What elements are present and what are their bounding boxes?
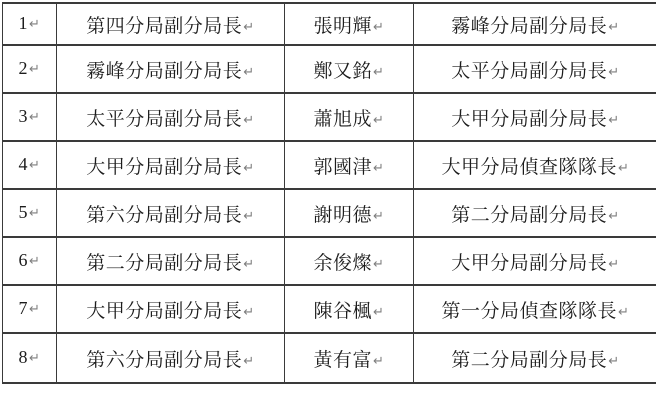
current-position: 太平分局副分局長 [86, 109, 242, 130]
paragraph-mark: ↵ [243, 161, 254, 176]
new-position-cell: 大甲分局副分局長↵ [414, 237, 656, 285]
paragraph-mark: ↵ [373, 161, 384, 176]
current-position: 大甲分局副分局長 [86, 301, 242, 322]
table-row: 8↵ 第六分局副分局長↵ 黃有富↵ 第二分局副分局長↵ [3, 333, 656, 383]
person-name: 蕭旭成 [314, 109, 373, 130]
person-name: 鄭又銘 [314, 61, 373, 82]
current-position-cell: 大甲分局副分局長↵ [57, 285, 285, 333]
table-row: 3↵ 太平分局副分局長↵ 蕭旭成↵ 大甲分局副分局長↵ [3, 93, 656, 141]
table-body: 1↵ 第四分局副分局長↵ 張明輝↵ 霧峰分局副分局長↵ 2↵ 霧峰分局副分局長↵… [3, 3, 656, 383]
paragraph-mark: ↵ [608, 20, 619, 35]
current-position: 第二分局副分局長 [86, 253, 242, 274]
new-position-cell: 霧峰分局副分局長↵ [414, 3, 656, 45]
row-number: 7 [19, 298, 29, 318]
new-position: 大甲分局偵查隊隊長 [442, 157, 618, 178]
table-row: 6↵ 第二分局副分局長↵ 余俊燦↵ 大甲分局副分局長↵ [3, 237, 656, 285]
person-name-cell: 鄭又銘↵ [285, 45, 414, 93]
paragraph-mark: ↵ [29, 206, 40, 221]
paragraph-mark: ↵ [373, 20, 384, 35]
new-position-cell: 第二分局副分局長↵ [414, 333, 656, 383]
row-number: 4 [19, 154, 29, 174]
paragraph-mark: ↵ [243, 305, 254, 320]
row-number: 3 [19, 106, 29, 126]
paragraph-mark: ↵ [373, 354, 384, 369]
person-name-cell: 蕭旭成↵ [285, 93, 414, 141]
new-position-cell: 第一分局偵查隊隊長↵ [414, 285, 656, 333]
new-position-cell: 大甲分局副分局長↵ [414, 93, 656, 141]
person-name-cell: 郭國津↵ [285, 141, 414, 189]
personnel-table: 1↵ 第四分局副分局長↵ 張明輝↵ 霧峰分局副分局長↵ 2↵ 霧峰分局副分局長↵… [2, 2, 656, 384]
paragraph-mark: ↵ [373, 65, 384, 80]
current-position: 霧峰分局副分局長 [86, 61, 242, 82]
current-position-cell: 太平分局副分局長↵ [57, 93, 285, 141]
new-position-cell: 第二分局副分局長↵ [414, 189, 656, 237]
paragraph-mark: ↵ [608, 354, 619, 369]
row-number: 8 [19, 347, 29, 367]
current-position: 第六分局副分局長 [86, 205, 242, 226]
row-number: 5 [19, 202, 29, 222]
person-name-cell: 余俊燦↵ [285, 237, 414, 285]
person-name-cell: 謝明德↵ [285, 189, 414, 237]
paragraph-mark: ↵ [29, 254, 40, 269]
person-name-cell: 陳谷楓↵ [285, 285, 414, 333]
paragraph-mark: ↵ [29, 158, 40, 173]
new-position: 太平分局副分局長 [451, 61, 607, 82]
new-position: 第一分局偵查隊隊長 [442, 301, 618, 322]
paragraph-mark: ↵ [373, 209, 384, 224]
current-position-cell: 第二分局副分局長↵ [57, 237, 285, 285]
paragraph-mark: ↵ [373, 113, 384, 128]
paragraph-mark: ↵ [618, 305, 629, 320]
row-number: 6 [19, 250, 29, 270]
row-number-cell: 8↵ [3, 333, 57, 383]
row-number-cell: 1↵ [3, 3, 57, 45]
table-row: 1↵ 第四分局副分局長↵ 張明輝↵ 霧峰分局副分局長↵ [3, 3, 656, 45]
current-position: 第六分局副分局長 [86, 350, 242, 371]
paragraph-mark: ↵ [608, 209, 619, 224]
paragraph-mark: ↵ [29, 110, 40, 125]
table-row: 7↵ 大甲分局副分局長↵ 陳谷楓↵ 第一分局偵查隊隊長↵ [3, 285, 656, 333]
paragraph-mark: ↵ [243, 20, 254, 35]
person-name: 郭國津 [314, 157, 373, 178]
current-position-cell: 大甲分局副分局長↵ [57, 141, 285, 189]
person-name-cell: 張明輝↵ [285, 3, 414, 45]
person-name-cell: 黃有富↵ [285, 333, 414, 383]
paragraph-mark: ↵ [618, 161, 629, 176]
row-number-cell: 7↵ [3, 285, 57, 333]
new-position-cell: 太平分局副分局長↵ [414, 45, 656, 93]
new-position: 大甲分局副分局長 [451, 109, 607, 130]
new-position: 霧峰分局副分局長 [451, 16, 607, 37]
table-row: 4↵ 大甲分局副分局長↵ 郭國津↵ 大甲分局偵查隊隊長↵ [3, 141, 656, 189]
row-number: 1 [19, 13, 29, 33]
paragraph-mark: ↵ [243, 354, 254, 369]
row-number-cell: 2↵ [3, 45, 57, 93]
current-position-cell: 霧峰分局副分局長↵ [57, 45, 285, 93]
new-position: 第二分局副分局長 [451, 350, 607, 371]
person-name: 張明輝 [314, 16, 373, 37]
paragraph-mark: ↵ [608, 65, 619, 80]
table-row: 5↵ 第六分局副分局長↵ 謝明德↵ 第二分局副分局長↵ [3, 189, 656, 237]
paragraph-mark: ↵ [29, 62, 40, 77]
paragraph-mark: ↵ [243, 113, 254, 128]
row-number-cell: 5↵ [3, 189, 57, 237]
paragraph-mark: ↵ [243, 257, 254, 272]
paragraph-mark: ↵ [373, 305, 384, 320]
paragraph-mark: ↵ [29, 17, 40, 32]
new-position: 大甲分局副分局長 [451, 253, 607, 274]
new-position-cell: 大甲分局偵查隊隊長↵ [414, 141, 656, 189]
paragraph-mark: ↵ [608, 113, 619, 128]
current-position-cell: 第六分局副分局長↵ [57, 189, 285, 237]
row-number-cell: 6↵ [3, 237, 57, 285]
row-number-cell: 3↵ [3, 93, 57, 141]
paragraph-mark: ↵ [243, 209, 254, 224]
person-name: 謝明德 [314, 205, 373, 226]
row-number-cell: 4↵ [3, 141, 57, 189]
paragraph-mark: ↵ [29, 302, 40, 317]
person-name: 黃有富 [314, 350, 373, 371]
current-position: 第四分局副分局長 [86, 16, 242, 37]
current-position-cell: 第四分局副分局長↵ [57, 3, 285, 45]
current-position: 大甲分局副分局長 [86, 157, 242, 178]
paragraph-mark: ↵ [608, 257, 619, 272]
table-row: 2↵ 霧峰分局副分局長↵ 鄭又銘↵ 太平分局副分局長↵ [3, 45, 656, 93]
paragraph-mark: ↵ [243, 65, 254, 80]
paragraph-mark: ↵ [29, 351, 40, 366]
person-name: 余俊燦 [314, 253, 373, 274]
person-name: 陳谷楓 [314, 301, 373, 322]
new-position: 第二分局副分局長 [451, 205, 607, 226]
row-number: 2 [19, 58, 29, 78]
current-position-cell: 第六分局副分局長↵ [57, 333, 285, 383]
paragraph-mark: ↵ [373, 257, 384, 272]
